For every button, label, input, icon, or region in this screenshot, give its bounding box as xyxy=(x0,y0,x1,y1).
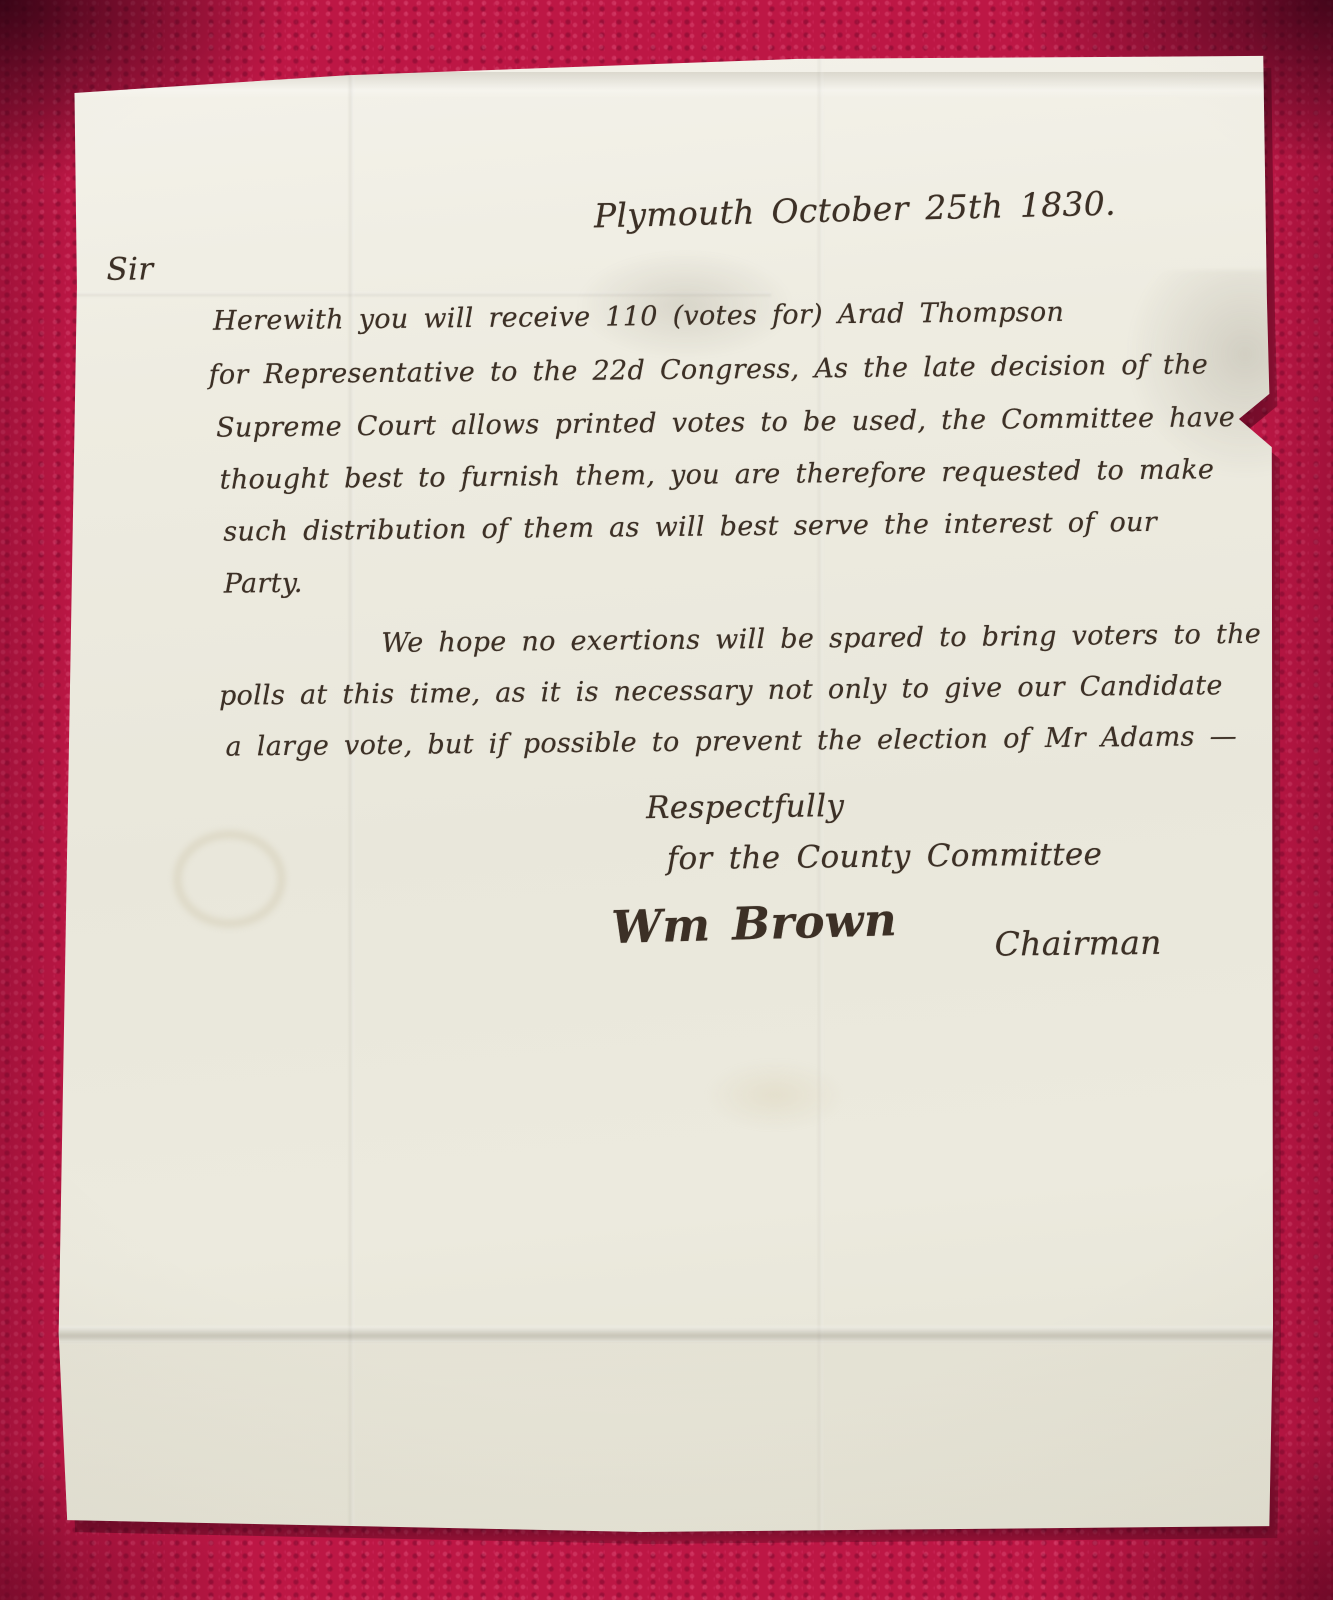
letter-line: We hope no exertions will be spared to b… xyxy=(381,619,1261,659)
photo-red-cloth-background: Plymouth October 25th 1830. Sir Herewith… xyxy=(0,0,1333,1600)
closing-respectfully: Respectfully xyxy=(646,788,844,826)
letter-line: such distribution of them as will best s… xyxy=(223,507,1157,548)
dateline: Plymouth October 25th 1830. xyxy=(594,184,1117,236)
letter-line: Herewith you will receive 110 (votes for… xyxy=(213,297,1064,337)
letter-line: a large vote, but if possible to prevent… xyxy=(225,721,1237,763)
closing-committee: for the County Committee xyxy=(667,836,1103,877)
letter-paper: Plymouth October 25th 1830. Sir Herewith… xyxy=(55,50,1273,1532)
salutation: Sir xyxy=(106,251,153,287)
letter-line: for Representative to the 22d Congress, … xyxy=(208,349,1208,390)
letter-line: polls at this time, as it is necessary n… xyxy=(219,670,1223,712)
letter-line: Supreme Court allows printed votes to be… xyxy=(216,402,1235,444)
handwritten-text-layer: Plymouth October 25th 1830. Sir Herewith… xyxy=(47,44,1280,1539)
letter-line: thought best to furnish them, you are th… xyxy=(220,454,1215,495)
signature-title: Chairman xyxy=(994,923,1162,964)
signature-name: Wm Brown xyxy=(611,893,898,954)
letter-line: Party. xyxy=(224,568,303,600)
